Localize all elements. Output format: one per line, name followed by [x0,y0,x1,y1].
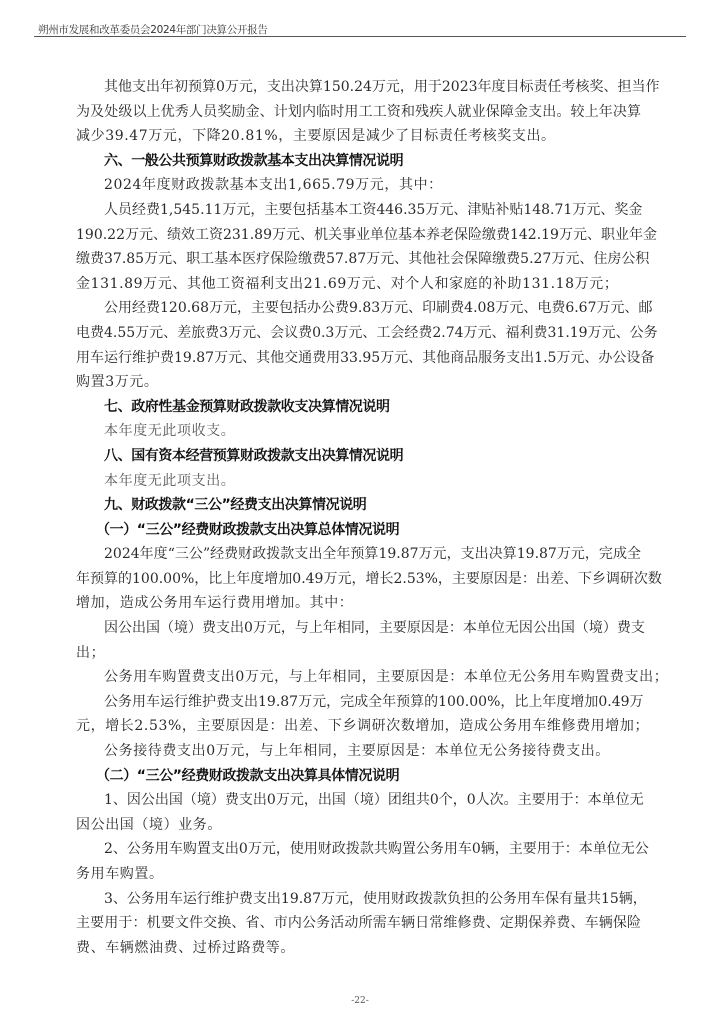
text-line: 费、车辆燃油费、过桥过路费等。 [76,936,641,961]
paragraph-abroad-expense: 因公出国（境）费支出0万元，与上年相同，主要原因是：本单位无因公出国（境）费支 … [76,616,641,665]
text-line: 2、公务用车购置支出0万元，使用财政拨款共购置公务用车0辆，主要用于：本单位无公 [76,837,641,862]
text-line: 190.22万元、绩效工资231.89万元、机关事业单位基本养老保险缴费142.… [76,223,641,248]
section-heading-7: 七、政府性基金预算财政拨款收支决算情况说明 [76,395,641,420]
text-line: 公用经费120.68万元，主要包括办公费9.83万元、印刷费4.08万元、电费6… [76,296,641,321]
text-line: 电费4.55万元、差旅费3万元、会议费0.3万元、工会经费2.74万元、福利费3… [76,321,641,346]
text-line: 金131.89万元、其他工资福利支出21.69万元、对个人和家庭的补助131.1… [76,272,641,297]
paragraph-item-1: 1、因公出国（境）费支出0万元，出国（境）团组共0个，0人次。主要用于：本单位无… [76,788,641,837]
paragraph-personnel-expense: 人员经费1,545.11万元，主要包括基本工资446.35万元、津贴补贴148.… [76,198,641,296]
text-line: 购置3万元。 [76,370,641,395]
text-line: 其他支出年初预算0万元，支出决算150.24万元，用于2023年度目标责任考核奖… [76,75,641,100]
paragraph-other-expense: 其他支出年初预算0万元，支出决算150.24万元，用于2023年度目标责任考核奖… [76,75,641,149]
text-line: 本年度无此项支出。 [76,469,641,494]
text-line: 2024年度“三公”经费财政拨款支出全年预算19.87万元，支出决算19.87万… [76,542,641,567]
text-line: 增加，造成公务用车运行费用增加。其中： [76,591,641,616]
report-title: 朔州市发展和改革委员会2024年部门决算公开报告 [38,22,268,37]
subsection-heading-1: （一）“三公”经费财政拨款支出决算总体情况说明 [76,518,641,543]
text-line: 2024年度财政拨款基本支出1,665.79万元，其中： [76,173,641,198]
text-line: 主要用于：机要文件交换、省、市内公务活动所需车辆日常维修费、定期保养费、车辆保险 [76,911,641,936]
section-heading-6: 六、一般公共预算财政拨款基本支出决算情况说明 [76,149,641,174]
page-number: -22- [0,996,720,1006]
text-line: 因公出国（境）业务。 [76,813,641,838]
text-line: 因公出国（境）费支出0万元，与上年相同，主要原因是：本单位无因公出国（境）费支 [76,616,641,641]
text-line: 元，增长2.53%，主要原因是：出差、下乡调研次数增加，造成公务用车维修费用增加… [76,714,641,739]
text-line: 出； [76,641,641,666]
text-line: 缴费37.85万元、职工基本医疗保险缴费57.87万元、其他社会保障缴费5.27… [76,247,641,272]
paragraph-reception: 公务接待费支出0万元，与上年相同，主要原因是：本单位无公务接待费支出。 [76,739,641,764]
page-header: 朔州市发展和改革委员会2024年部门决算公开报告 [34,20,686,37]
subsection-heading-2: （二）“三公”经费财政拨款支出决算具体情况说明 [76,764,641,789]
text-line: 公务用车运行维护费支出19.87万元，完成全年预算的100.00%，比上年度增加… [76,690,641,715]
text-line: 减少39.47万元，下降20.81%，主要原因是减少了目标责任考核奖支出。 [76,124,641,149]
text-line: 年预算的100.00%，比上年度增加0.49万元，增长2.53%，主要原因是：出… [76,567,641,592]
paragraph-item-2: 2、公务用车购置支出0万元，使用财政拨款共购置公务用车0辆，主要用于：本单位无公… [76,837,641,886]
text-line: 用车运行维护费19.87万元、其他交通费用33.95万元、其他商品服务支出1.5… [76,346,641,371]
text-line: 本年度无此项收支。 [76,419,641,444]
section-heading-9: 九、财政拨款“三公”经费支出决算情况说明 [76,493,641,518]
paragraph-vehicle-operation: 公务用车运行维护费支出19.87万元，完成全年预算的100.00%，比上年度增加… [76,690,641,739]
section-heading-8: 八、国有资本经营预算财政拨款支出决算情况说明 [76,444,641,469]
document-body: 其他支出年初预算0万元，支出决算150.24万元，用于2023年度目标责任考核奖… [76,75,641,960]
paragraph-vehicle-purchase: 公务用车购置费支出0万元，与上年相同，主要原因是：本单位无公务用车购置费支出； [76,665,641,690]
paragraph-public-expense: 公用经费120.68万元，主要包括办公费9.83万元、印刷费4.08万元、电费6… [76,296,641,394]
text-line: 3、公务用车运行维护费支出19.87万元，使用财政拨款负担的公务用车保有量共15… [76,887,641,912]
text-line: 1、因公出国（境）费支出0万元，出国（境）团组共0个，0人次。主要用于：本单位无 [76,788,641,813]
text-line: 为及处级以上优秀人员奖励金、计划内临时用工工资和残疾人就业保障金支出。较上年决算 [76,100,641,125]
paragraph-item-3: 3、公务用车运行维护费支出19.87万元，使用财政拨款负担的公务用车保有量共15… [76,887,641,961]
text-line: 务用车购置。 [76,862,641,887]
text-line: 人员经费1,545.11万元，主要包括基本工资446.35万元、津贴补贴148.… [76,198,641,223]
paragraph-three-public-overview: 2024年度“三公”经费财政拨款支出全年预算19.87万元，支出决算19.87万… [76,542,641,616]
